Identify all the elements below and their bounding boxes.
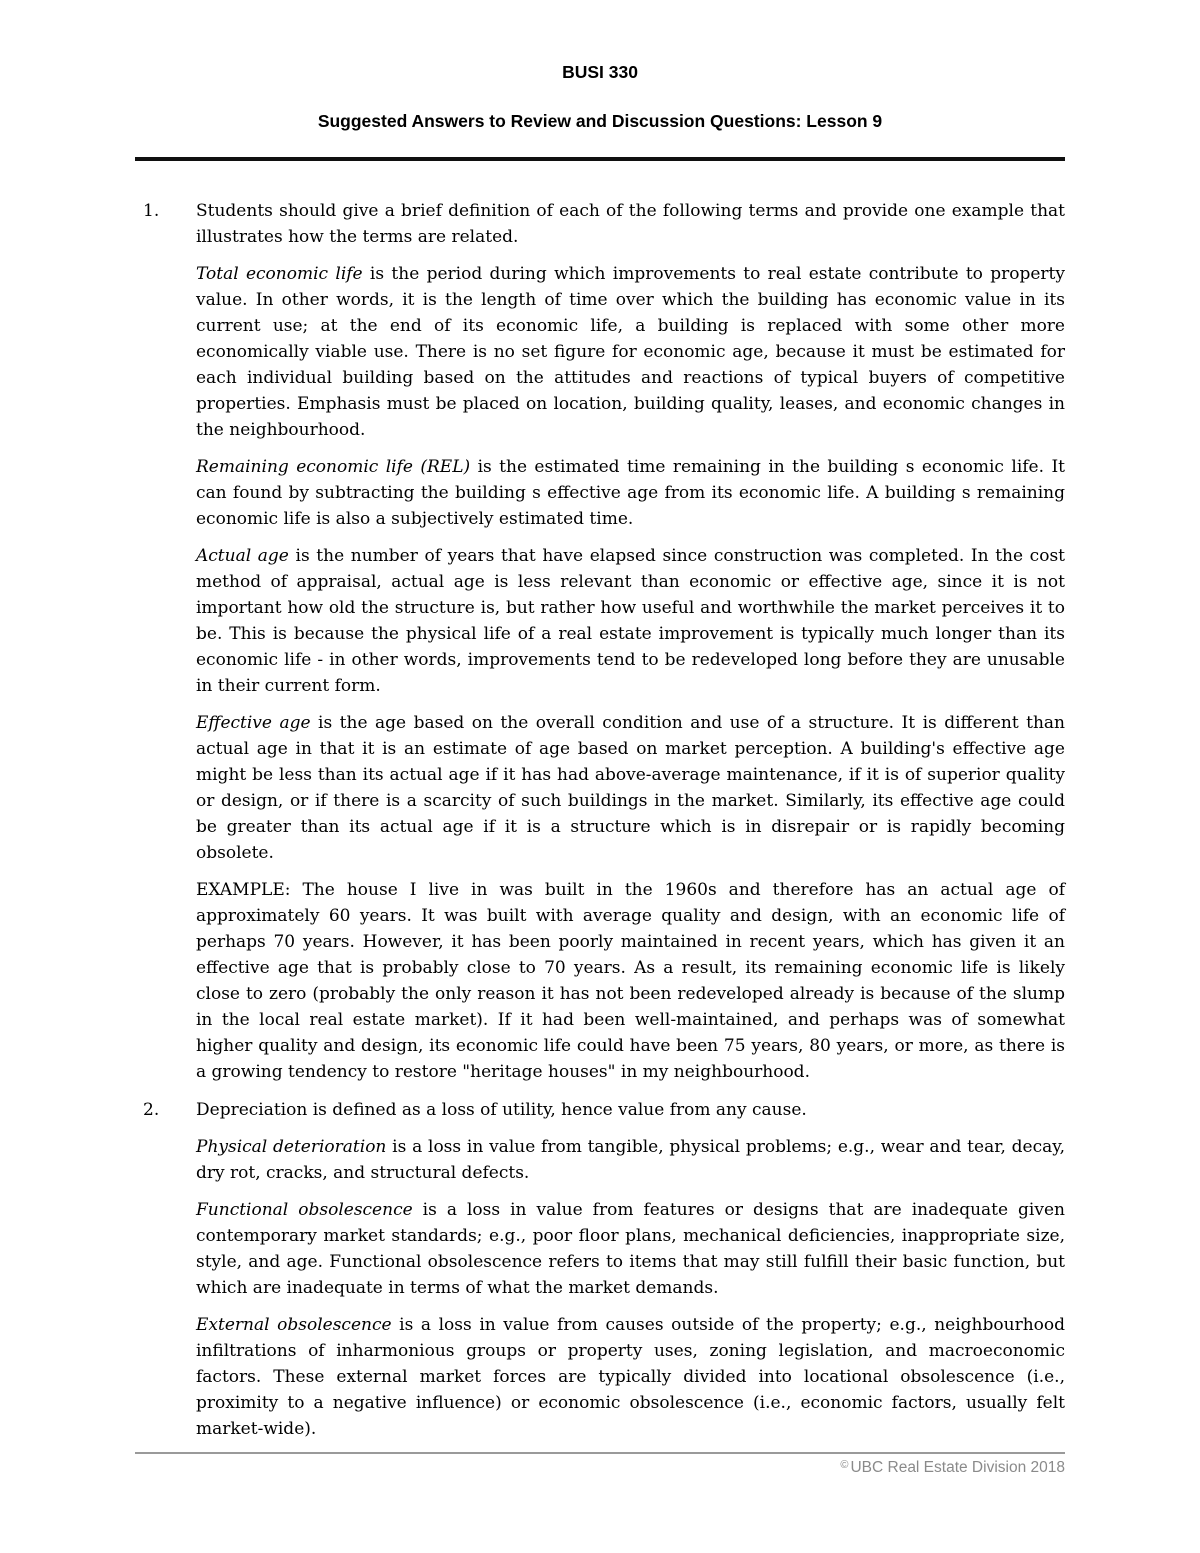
paragraph: Functional obsolescence is a loss in val…: [196, 1197, 1065, 1301]
term-lead: Functional obsolescence: [196, 1200, 413, 1220]
paragraph-text: Depreciation is defined as a loss of uti…: [196, 1100, 807, 1120]
page-body: BUSI 330 Suggested Answers to Review and…: [135, 0, 1065, 1442]
paragraph: Physical deterioration is a loss in valu…: [196, 1134, 1065, 1186]
answers-content: 1.Students should give a brief definitio…: [135, 198, 1065, 1442]
copyright-text: UBC Real Estate Division 2018: [850, 1459, 1065, 1476]
term-lead: Remaining economic life (REL): [196, 457, 470, 477]
paragraph: Effective age is the age based on the ov…: [196, 710, 1065, 866]
paragraph: Remaining economic life (REL) is the est…: [196, 454, 1065, 532]
header-rule: [135, 157, 1065, 161]
item-number: 2.: [135, 1097, 196, 1442]
copyright-icon: ©: [840, 1459, 848, 1471]
paragraph: Total economic life is the period during…: [196, 261, 1065, 443]
term-lead: Effective age: [196, 713, 311, 733]
paragraph-text: is the number of years that have elapsed…: [196, 546, 1065, 696]
paragraph-text: EXAMPLE: The house I live in was built i…: [196, 880, 1065, 1082]
term-lead: Physical deterioration: [196, 1137, 386, 1157]
paragraph: EXAMPLE: The house I live in was built i…: [196, 877, 1065, 1085]
question-item: 1.Students should give a brief definitio…: [135, 198, 1065, 1085]
paragraph: Students should give a brief definition …: [196, 198, 1065, 250]
question-item: 2.Depreciation is defined as a loss of u…: [135, 1097, 1065, 1442]
paragraph-text: Students should give a brief definition …: [196, 201, 1065, 247]
item-number: 1.: [135, 198, 196, 1085]
document-header: BUSI 330 Suggested Answers to Review and…: [135, 0, 1065, 131]
term-lead: External obsolescence: [196, 1315, 392, 1335]
paragraph-text: is the age based on the overall conditio…: [196, 713, 1065, 863]
paragraph-text: is the period during which improvements …: [196, 264, 1065, 440]
paragraph: Actual age is the number of years that h…: [196, 543, 1065, 699]
document-footer: ©UBC Real Estate Division 2018: [135, 1452, 1065, 1477]
course-code: BUSI 330: [135, 62, 1065, 82]
paragraph: External obsolescence is a loss in value…: [196, 1312, 1065, 1442]
paragraph: Depreciation is defined as a loss of uti…: [196, 1097, 1065, 1123]
term-lead: Actual age: [196, 546, 289, 566]
term-lead: Total economic life: [196, 264, 363, 284]
item-body: Students should give a brief definition …: [196, 198, 1065, 1085]
document-page: BUSI 330 Suggested Answers to Review and…: [0, 0, 1200, 1553]
page-title: Suggested Answers to Review and Discussi…: [135, 111, 1065, 131]
item-body: Depreciation is defined as a loss of uti…: [196, 1097, 1065, 1442]
